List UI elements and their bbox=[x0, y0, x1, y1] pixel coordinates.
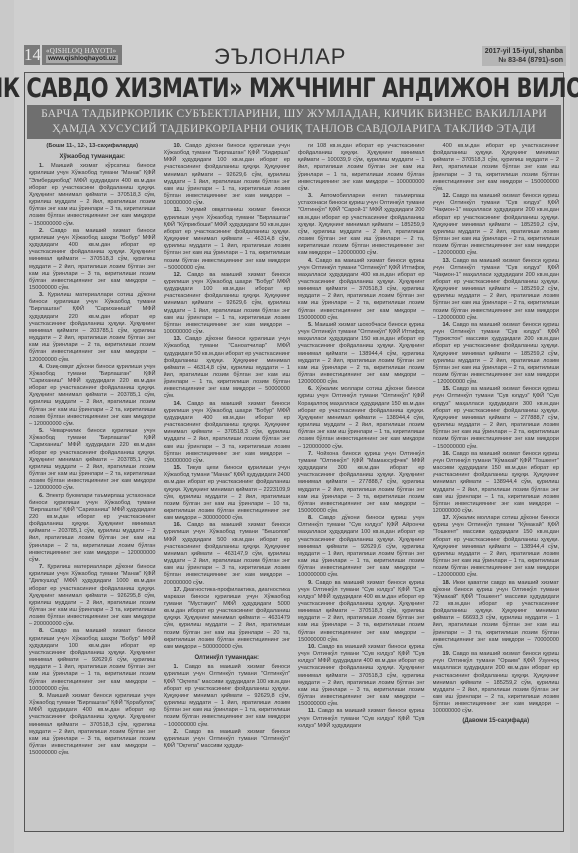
lot-item: 15. Савдо ва маиший хизмат биноси қуриш … bbox=[433, 386, 560, 450]
lot-text: Хўжалик моллари сотиш дўкони биноси қури… bbox=[298, 386, 425, 449]
lot-number: 15. bbox=[443, 386, 451, 392]
lot-text: Чеварчилик биноси қурилиши учун Хўжаобод… bbox=[29, 428, 156, 491]
lot-item: 16. Савдо ва маиший хизмат биноси қуриш … bbox=[433, 451, 560, 515]
district-heading: Олтинкўл туманидан: bbox=[164, 655, 291, 662]
banner-line-1: БАРЧА ТАДБИРКОРЛИК СУБЪЕКТЛАРИНИ, ШУ ЖУМ… bbox=[27, 107, 561, 122]
lot-text: Автомобилларни енгил таъмирлаш устахонас… bbox=[298, 193, 425, 256]
banner-line-2: ҲАМДА ХУСУСИЙ ТАДБИРКОРЛАРНИ ОЧИҚ ТАНЛОВ… bbox=[27, 122, 561, 137]
issue-info: 2017-yil 15-iyul, shanba № 83-84 (8791)-… bbox=[482, 46, 566, 66]
lot-item: 5. Маиший хизмат шохобчаси биноси қуриш … bbox=[298, 322, 425, 386]
lot-text: Савдо дўкони биноси қуриш учун Олтинкўл … bbox=[298, 515, 425, 578]
lot-item: 3. Қурилиш материаллари сотиш дўкони бин… bbox=[29, 292, 156, 364]
announcement-box: «КЎЧМАС МУЛК САВДО ХИЗМАТИ» МЖЧНИНГ АНДИ… bbox=[24, 72, 564, 832]
article-headline: «КЎЧМАС МУЛК САВДО ХИЗМАТИ» МЖЧНИНГ АНДИ… bbox=[25, 69, 563, 107]
lot-text: Электр буюмлари таъмирлаш устахонаси бин… bbox=[29, 493, 156, 563]
newspaper-page: 14 «QISHLOQ HAYOTI» www.qishloqhayoti.uz… bbox=[14, 0, 570, 853]
publication-name: «QISHLOQ HAYOTI» bbox=[46, 47, 118, 55]
lot-number: 14. bbox=[174, 401, 182, 407]
continuation-note: (Боши 11-, 12-, 13-саҳифаларда) bbox=[29, 143, 156, 150]
lot-text: Чойхона биноси қуриш учун Олтинкўл туман… bbox=[298, 451, 425, 514]
page-number: 14 bbox=[24, 45, 40, 65]
lot-item: 15. Тикув цехи биноси қурилиши учун Хўжа… bbox=[164, 465, 291, 522]
lot-text: Савдо ва маиший хизмат биноси қуриш учун… bbox=[433, 386, 560, 449]
lot-item: 5. Чеварчилик биноси қурилиши учун Хўжао… bbox=[29, 428, 156, 492]
lot-text: (Боши 11-, 12-, 13-саҳифаларда) bbox=[46, 143, 138, 149]
column-2: 10. Савдо дўкони биноси қурилиши учун Хў… bbox=[164, 143, 291, 827]
lot-text: Савдо ва маиший хизмат биноси қурилиши у… bbox=[164, 401, 291, 464]
lot-item: 9. Савдо ва маиший хизмат биноси қуриш у… bbox=[298, 580, 425, 644]
lot-text: Қурилиш материаллари сотиш дўкони биноси… bbox=[29, 292, 156, 362]
lot-number: 10. bbox=[308, 644, 316, 650]
lot-item: 7. Чойхона биноси қуриш учун Олтинкўл ту… bbox=[298, 451, 425, 515]
article-banner: БАРЧА ТАДБИРКОРЛИК СУБЪЕКТЛАРИНИ, ШУ ЖУМ… bbox=[27, 105, 561, 139]
lot-number: 17. bbox=[174, 587, 182, 593]
lot-number: 1. bbox=[39, 163, 44, 169]
article-columns: (Боши 11-, 12-, 13-саҳифаларда)Хўжаобод … bbox=[29, 143, 559, 827]
lot-item: 8. Савдо дўкони биноси қуриш учун Олтинк… bbox=[298, 515, 425, 579]
lot-text: (Давоми 15-саҳифада) bbox=[462, 718, 529, 724]
lot-text: Савдо дўкони биноси қурилиши учун Хўжаоб… bbox=[164, 336, 291, 399]
lot-number: 7. bbox=[308, 451, 313, 457]
lot-item: 1. Савдо ва маиший хизмат биноси қурилиш… bbox=[164, 664, 291, 728]
lot-number: 13. bbox=[443, 258, 451, 264]
lot-item: 11. Савдо ва маиший хизмат биноси қуриш … bbox=[298, 708, 425, 729]
publication-website: www.qishloqhayoti.uz bbox=[46, 55, 118, 63]
section-title: ЭЪЛОНЛАР bbox=[214, 44, 346, 70]
lot-number: 14. bbox=[443, 322, 451, 328]
lot-number: 19. bbox=[443, 651, 451, 657]
lot-number: 12. bbox=[443, 193, 451, 199]
lot-number: 11. bbox=[174, 207, 181, 213]
lot-text: Савдо ва маиший хизмат биноси қуриш учун… bbox=[433, 451, 560, 514]
lot-item: 10. Савдо ва маиший хизмат биноси қуриш … bbox=[298, 644, 425, 708]
lot-item: 4. Савдо ва маиший хизмат биноси қуриш у… bbox=[298, 258, 425, 322]
lot-item: 10. Савдо дўкони биноси қурилиши учун Хў… bbox=[164, 143, 291, 207]
lot-item: 18. Икки қаватли савдо ва маиший хизмат … bbox=[433, 580, 560, 652]
lot-number: 6. bbox=[308, 386, 313, 392]
lot-item: 17. Диагностика-профилактика, диагностик… bbox=[164, 587, 291, 651]
lot-text: Савдо ва маиший хизмат биноси қурилиши у… bbox=[164, 522, 291, 585]
lot-number: 15. bbox=[174, 465, 182, 471]
lot-text: Маиший хизмат биноси қурилиши учун Хўжао… bbox=[29, 693, 156, 756]
lot-item: 13. Савдо ва маиший хизмат биноси қуриш … bbox=[433, 258, 560, 322]
district-heading: Хўжаобод туманидан: bbox=[29, 154, 156, 161]
lot-item: 6. Электр буюмлари таъмирлаш устахонаси … bbox=[29, 493, 156, 565]
lot-text: Хўжаобод туманидан: bbox=[59, 154, 125, 160]
issue-date: 2017-yil 15-iyul, shanba bbox=[485, 47, 563, 56]
lot-item: 16. Савдо ва маиший хизмат биноси қурили… bbox=[164, 522, 291, 586]
lot-item: ги 108 кв.м.дан иборат ер участкасининг … bbox=[298, 143, 425, 193]
lot-number: 9. bbox=[308, 580, 313, 586]
lot-number: 4. bbox=[308, 258, 313, 264]
lot-item: 3. Автомобилларни енгил таъмирлаш устахо… bbox=[298, 193, 425, 257]
lot-number: 12. bbox=[174, 272, 182, 278]
lot-item: 17. Хўжалик моллари сотиш дўкони биноси … bbox=[433, 515, 560, 579]
lot-text: Маиший хизмат кўрсатиш биноси қурилиши у… bbox=[29, 163, 156, 226]
lot-text: ги 108 кв.м.дан иборат ер участкасининг … bbox=[298, 143, 425, 192]
lot-item: 7. Қурилиш материаллари дўкони биноси қу… bbox=[29, 564, 156, 628]
lot-text: Озиқ-овқат дўкони биноси қурилиши учун Х… bbox=[29, 364, 156, 427]
lot-text: Савдо ва маиший хизмат биноси қурилиши у… bbox=[29, 628, 156, 691]
lot-item: 12. Савдо ва маиший хизмат биноси қуриш … bbox=[433, 193, 560, 257]
lot-item: 13. Савдо дўкони биноси қурилиши учун Хў… bbox=[164, 336, 291, 400]
lot-text: Савдо ва маиший хизмат биноси қурилиши у… bbox=[164, 729, 291, 749]
lot-number: 16. bbox=[174, 522, 182, 528]
lot-number: 17. bbox=[443, 515, 451, 521]
lot-item: 19. Савдо ва маиший хизмат биноси қуриш … bbox=[433, 651, 560, 715]
lot-number: 1. bbox=[174, 664, 179, 670]
lot-item: 400 кв.м.дан иборат ер участкасининг фой… bbox=[433, 143, 560, 193]
lot-number: 5. bbox=[39, 428, 44, 434]
lot-number: 5. bbox=[308, 322, 313, 328]
lot-text: Савдо ва маиший хизмат биноси қурилиши у… bbox=[29, 228, 156, 291]
lot-item: 14. Савдо ва маиший хизмат биноси қурили… bbox=[164, 401, 291, 465]
lot-number: 3. bbox=[308, 193, 313, 199]
lot-number: 8. bbox=[39, 628, 44, 634]
lot-number: 8. bbox=[308, 515, 313, 521]
lot-item: 11. Умумий овқатланиш хизмат биноси қури… bbox=[164, 207, 291, 271]
publication-brand: «QISHLOQ HAYOTI» www.qishloqhayoti.uz bbox=[42, 45, 122, 65]
lot-number: 3. bbox=[39, 292, 44, 298]
lot-text: Тикув цехи биноси қурилиши учун Хўжаобод… bbox=[164, 465, 291, 521]
lot-number: 16. bbox=[443, 451, 451, 457]
column-1: (Боши 11-, 12-, 13-саҳифаларда)Хўжаобод … bbox=[29, 143, 156, 827]
lot-item: 2. Савдо ва маиший хизмат биноси қурилиш… bbox=[164, 729, 291, 750]
lot-text: Савдо ва маиший хизмат биноси қуриш учун… bbox=[433, 651, 560, 714]
lot-text: Савдо ва маиший хизмат биноси қуриш учун… bbox=[298, 644, 425, 707]
lot-item: 2. Савдо ва маиший хизмат биноси қурилиш… bbox=[29, 228, 156, 292]
lot-number: 6. bbox=[39, 493, 44, 499]
lot-item: 1. Маиший хизмат кўрсатиш биноси қурилиш… bbox=[29, 163, 156, 227]
continuation-note: (Давоми 15-саҳифада) bbox=[433, 718, 560, 725]
column-4: 400 кв.м.дан иборат ер участкасининг фой… bbox=[433, 143, 560, 827]
lot-text: Савдо ва маиший хизмат биноси қурилиши у… bbox=[164, 664, 291, 727]
lot-text: Маиший хизмат шохобчаси биноси қуриш учу… bbox=[298, 322, 425, 385]
lot-item: 14. Савдо ва маиший хизмат биноси қуриш … bbox=[433, 322, 560, 386]
lot-number: 2. bbox=[174, 729, 179, 735]
lot-number: 13. bbox=[174, 336, 182, 342]
lot-text: Қурилиш материаллари дўкони биноси қурил… bbox=[29, 564, 156, 627]
lot-number: 7. bbox=[39, 564, 44, 570]
lot-text: 400 кв.м.дан иборат ер участкасининг фой… bbox=[433, 143, 560, 192]
lot-item: 8. Савдо ва маиший хизмат биноси қурилиш… bbox=[29, 628, 156, 692]
lot-number: 9. bbox=[39, 693, 44, 699]
lot-item: 12. Савдо ва маиший хизмат биноси қурили… bbox=[164, 272, 291, 336]
lot-text: Савдо ва маиший хизмат биноси қурилиши у… bbox=[164, 272, 291, 335]
lot-text: Диагностика-профилактика, диагностика ма… bbox=[164, 587, 291, 650]
lot-text: Хўжалик моллари сотиш дўкони биноси қури… bbox=[433, 515, 560, 578]
lot-text: Савдо ва маиший хизмат биноси қуриш учун… bbox=[433, 258, 560, 321]
lot-number: 2. bbox=[39, 228, 44, 234]
lot-number: 18. bbox=[443, 580, 451, 586]
lot-text: Савдо дўкони биноси қурилиши учун Хўжаоб… bbox=[164, 143, 291, 206]
lot-text: Савдо ва маиший хизмат биноси қуриш учун… bbox=[298, 258, 425, 321]
lot-item: 6. Хўжалик моллари сотиш дўкони биноси қ… bbox=[298, 386, 425, 450]
lot-text: Икки қаватли савдо ва маиший хизмат дўко… bbox=[433, 580, 560, 650]
lot-number: 11. bbox=[308, 708, 315, 714]
column-3: ги 108 кв.м.дан иборат ер участкасининг … bbox=[298, 143, 425, 827]
lot-text: Савдо ва маиший хизмат биноси қуриш учун… bbox=[433, 322, 560, 385]
lot-text: Олтинкўл туманидан: bbox=[194, 655, 259, 661]
lot-text: Савдо ва маиший хизмат биноси қуриш учун… bbox=[298, 708, 425, 728]
lot-text: Савдо ва маиший хизмат биноси қуриш учун… bbox=[298, 580, 425, 643]
lot-item: 4. Озиқ-овқат дўкони биноси қурилиши учу… bbox=[29, 364, 156, 428]
lot-number: 10. bbox=[174, 143, 182, 149]
lot-text: Умумий овқатланиш хизмат биноси қурилиши… bbox=[164, 207, 291, 270]
issue-number: № 83-84 (8791)-son bbox=[485, 56, 563, 65]
lot-item: 9. Маиший хизмат биноси қурилиши учун Хў… bbox=[29, 693, 156, 757]
lot-number: 4. bbox=[39, 364, 44, 370]
lot-text: Савдо ва маиший хизмат биноси қуриш учун… bbox=[433, 193, 560, 256]
